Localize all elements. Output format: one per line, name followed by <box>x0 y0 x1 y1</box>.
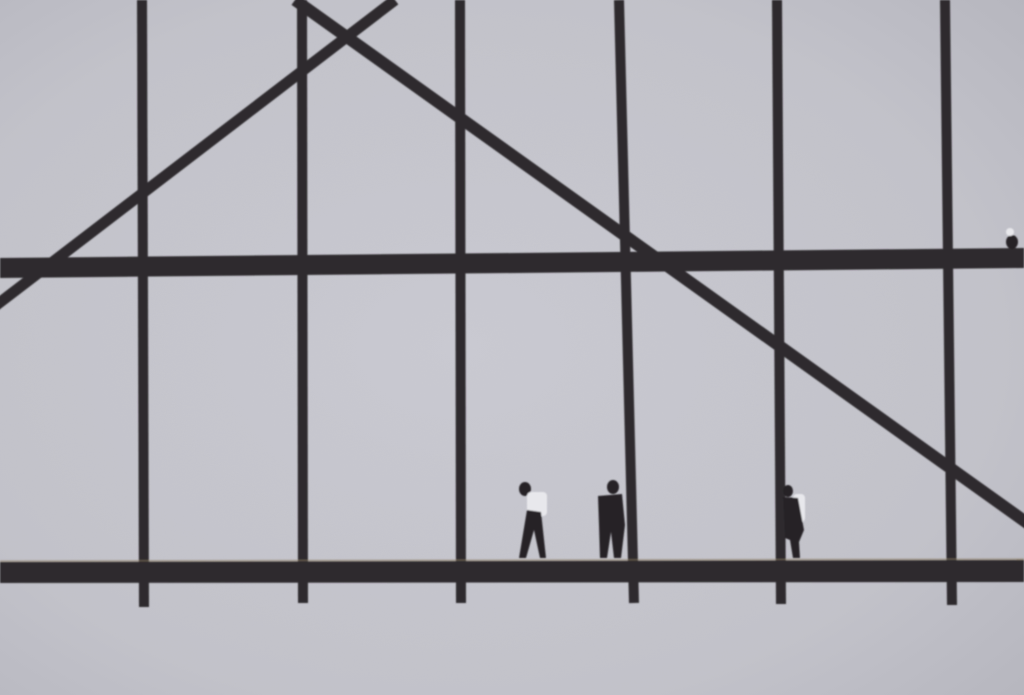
lower-horizontal-girder <box>0 560 1024 583</box>
steel-framework-photo <box>0 0 1024 695</box>
vertical-column-5 <box>777 0 781 604</box>
vertical-column-3 <box>460 0 461 603</box>
vertical-column-2 <box>302 0 303 603</box>
film-grain <box>0 0 1024 695</box>
vertical-column-6 <box>945 0 952 605</box>
vertical-column-1 <box>142 0 144 607</box>
